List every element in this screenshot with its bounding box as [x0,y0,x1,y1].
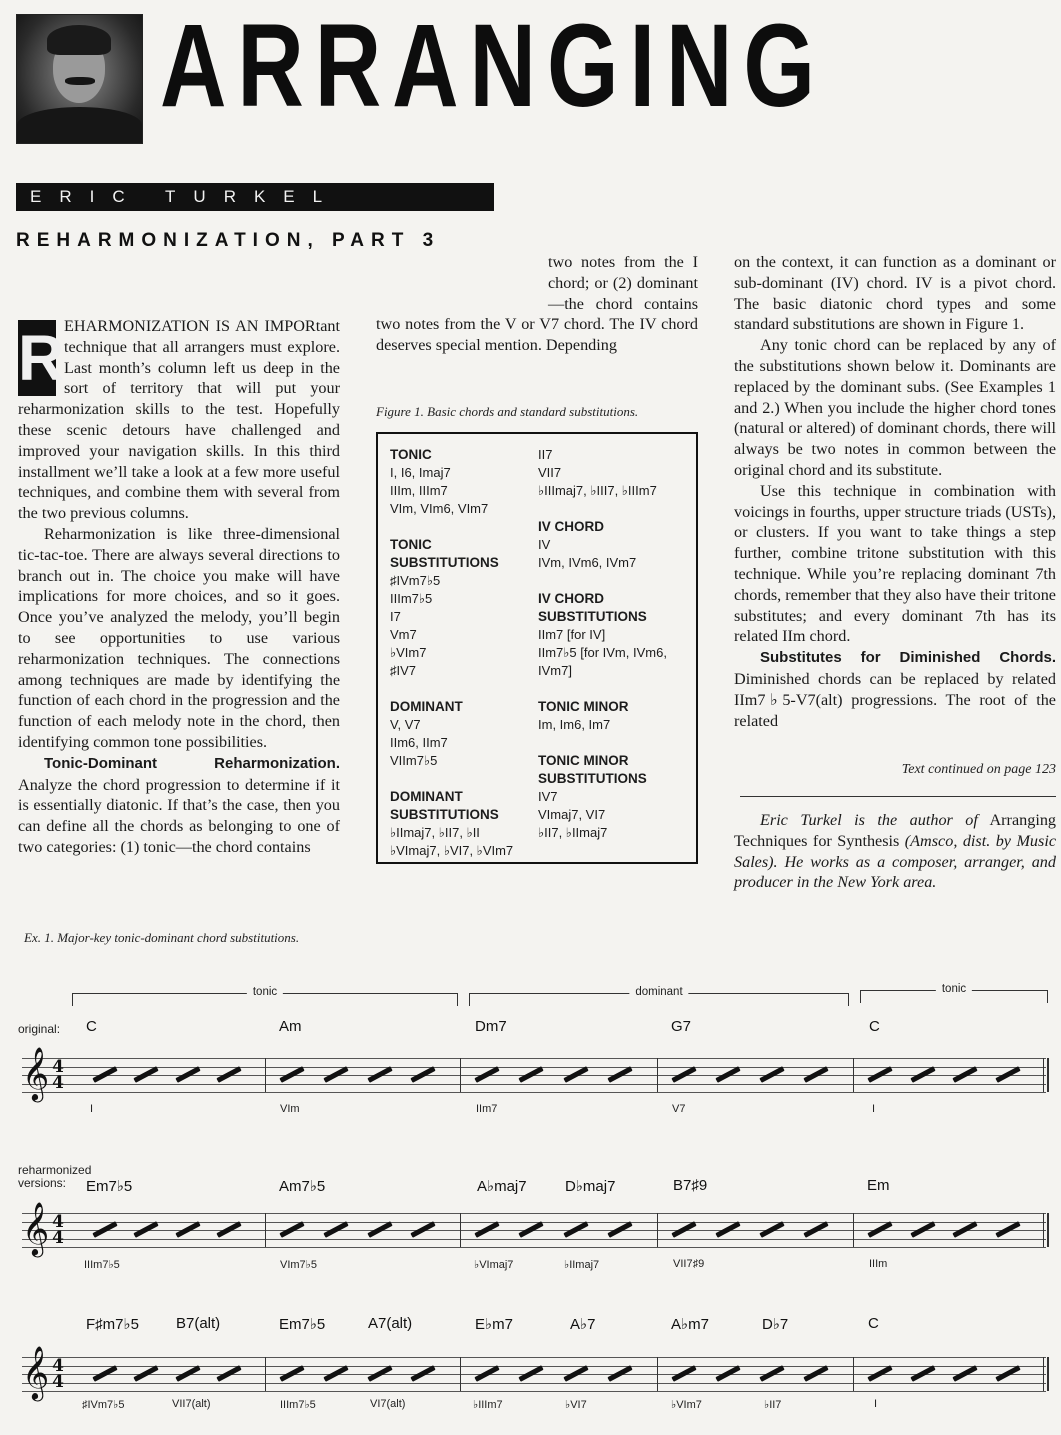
time-signature: 44 [51,1059,65,1091]
treble-clef-icon: 𝄞 [22,1050,49,1096]
roman-numeral: ♯IVm7♭5 [82,1398,124,1411]
staff-line [22,1239,1046,1240]
column-3: on the context, it can function as a dom… [734,252,1056,731]
final-bar-line [1047,1213,1049,1247]
time-signature: 44 [51,1358,65,1390]
figure-item: V, V7 [390,716,530,734]
bar-line [657,1213,658,1247]
figure-group-heading: TONIC MINOR [538,698,688,716]
author-bar: ERIC TURKEL [16,183,494,211]
author-bio: Eric Turkel is the author of Arranging T… [734,810,1056,893]
paragraph-3: Tonic-Dominant Reharmonization. Analyze … [18,753,340,858]
chord-symbol: B7♯9 [673,1177,707,1194]
staff-line [22,1084,1046,1085]
figure-item: ♭II7, ♭IImaj7 [538,824,688,842]
staff-line [22,1067,1046,1068]
staff-line [22,1092,1046,1093]
roman-numeral: I [872,1103,875,1115]
roman-numeral: ♭IImaj7 [564,1258,599,1271]
figure-item: ♭VImaj7, ♭VI7, ♭VIm7 [390,842,530,860]
bar-line [265,1357,266,1391]
figure-item: VII7 [538,464,688,482]
chord-symbol: E♭m7 [475,1315,513,1333]
bracket-label: dominant [629,986,688,998]
bar-line [460,1213,461,1247]
row-label: original: [18,1023,60,1036]
staff-line [22,1222,1046,1223]
bar-line [1043,1357,1044,1391]
function-bracket: tonic [860,990,1048,1003]
figure-group-heading: DOMINANT SUBSTITUTIONS [390,788,530,824]
roman-numeral: ♭VIm7 [671,1398,702,1411]
roman-numeral: VI7(alt) [370,1398,405,1410]
figure-group: TONICI, I6, Imaj7IIIm, IIIm7VIm, VIm6, V… [390,446,530,518]
col3-paragraph-3: Use this technique in combination with v… [734,481,1056,647]
figure-group-heading: TONIC MINOR SUBSTITUTIONS [538,752,688,788]
figure-item: IV7 [538,788,688,806]
figure-1-left-column: TONICI, I6, Imaj7IIIm, IIIm7VIm, VIm6, V… [390,446,530,878]
chord-symbol: A♭7 [570,1315,595,1333]
chord-symbol: C [86,1018,97,1035]
chord-symbol: A♭m7 [671,1315,709,1333]
figure-group-heading: IV CHORD SUBSTITUTIONS [538,590,688,626]
paragraph-2: Reharmonization is like three-dimensiona… [18,524,340,753]
figure-item: I, I6, Imaj7 [390,464,530,482]
figure-item: IIm7♭5 [for IVm, IVm6, IVm7] [538,644,688,680]
figure-item: VIIm7♭5 [390,752,530,770]
figure-item: IIIm7♭5 [390,590,530,608]
figure-group: DOMINANTV, V7IIm6, IIm7VIIm7♭5 [390,698,530,770]
figure-group: IV CHORD SUBSTITUTIONSIIm7 [for IV]IIm7♭… [538,590,688,680]
chord-symbol: D♭7 [762,1315,788,1333]
drop-cap: R [18,320,56,396]
final-bar-line [1047,1058,1049,1092]
roman-numeral: ♭IIIm7 [473,1398,503,1411]
paragraph-1: EHARMONIZATION IS AN IMPORtant technique… [18,317,340,522]
figure-item: IIIm, IIIm7 [390,482,530,500]
roman-numeral: ♭VImaj7 [474,1258,513,1271]
final-bar-line [1047,1357,1049,1391]
chord-symbol: C [868,1315,879,1332]
paragraph-3-heading: Tonic-Dominant Reharmonization. [44,755,340,772]
chord-symbol: C [869,1018,880,1035]
roman-numeral: ♭VI7 [565,1398,587,1411]
bar-line [265,1213,266,1247]
roman-numeral: IIIm [869,1258,887,1270]
function-bracket: dominant [469,993,849,1006]
chord-symbol: Em7♭5 [279,1315,325,1333]
col3-paragraph-4: Substitutes for Diminished Chords. Dimin… [734,647,1056,731]
figure-item: ♭IImaj7, ♭II7, ♭II [390,824,530,842]
author-photo [16,14,143,144]
chord-symbol: A7(alt) [368,1315,412,1332]
bar-line [657,1357,658,1391]
figure-item: II7 [538,446,688,464]
row-label: versions: [18,1177,66,1190]
example-1-caption: Ex. 1. Major-key tonic-dominant chord su… [24,930,299,946]
treble-clef-icon: 𝄞 [22,1349,49,1395]
bar-line [265,1058,266,1092]
chord-symbol: A♭maj7 [477,1177,527,1195]
figure-item: Vm7 [390,626,530,644]
figure-item: VImaj7, VI7 [538,806,688,824]
staff-line [22,1247,1046,1248]
figure-item: IV [538,536,688,554]
figure-group-heading: TONIC [390,446,530,464]
col3-paragraph-1: on the context, it can function as a dom… [734,252,1056,335]
roman-numeral: V7 [672,1103,685,1115]
bar-line [853,1213,854,1247]
paragraph-3-body: Analyze the chord progression to determi… [18,776,340,856]
figure-item: VIm, VIm6, VIm7 [390,500,530,518]
section-title: ARRANGING [160,6,826,126]
bracket-label: tonic [247,986,283,998]
column-1: REHARMONIZATION IS AN IMPORtant techniqu… [18,316,340,858]
roman-numeral: IIIm7♭5 [84,1258,120,1271]
chord-symbol: Am [279,1018,302,1035]
staff-line [22,1357,1046,1358]
bar-line [1043,1058,1044,1092]
roman-numeral: I [90,1103,93,1115]
chord-symbol: G7 [671,1018,691,1035]
roman-numeral: VIm [280,1103,300,1115]
staff-line [22,1366,1046,1367]
chord-symbol: D♭maj7 [565,1177,615,1195]
staff-line [22,1383,1046,1384]
treble-clef-icon: 𝄞 [22,1205,49,1251]
bar-line [657,1058,658,1092]
roman-numeral: I [874,1398,877,1410]
figure-1-caption: Figure 1. Basic chords and standard subs… [376,404,638,420]
roman-numeral: VII7(alt) [172,1398,211,1410]
figure-item: I7 [390,608,530,626]
figure-group: II7VII7♭IIImaj7, ♭III7, ♭IIIm7 [538,446,688,500]
chord-symbol: F♯m7♭5 [86,1315,139,1333]
time-signature: 44 [51,1214,65,1246]
figure-group: IV CHORDIVIVm, IVm6, IVm7 [538,518,688,572]
figure-group-heading: DOMINANT [390,698,530,716]
roman-numeral: IIm7 [476,1103,497,1115]
col3-paragraph-4-body: Diminished chords can be replaced by rel… [734,670,1056,730]
figure-1-table: TONICI, I6, Imaj7IIIm, IIIm7VIm, VIm6, V… [376,432,698,864]
staff-line [22,1213,1046,1214]
figure-item: IIm6, IIm7 [390,734,530,752]
figure-1-right-column: II7VII7♭IIImaj7, ♭III7, ♭IIIm7IV CHORDIV… [538,446,688,860]
figure-item: Im, Im6, Im7 [538,716,688,734]
article-subtitle: REHARMONIZATION, PART 3 [16,230,440,252]
figure-item: ♭IIImaj7, ♭III7, ♭IIIm7 [538,482,688,500]
chord-symbol: Em [867,1177,890,1194]
figure-item: IIm7 [for IV] [538,626,688,644]
figure-group: TONIC MINOR SUBSTITUTIONSIV7VImaj7, VI7♭… [538,752,688,842]
col3-paragraph-4-heading: Substitutes for Diminished Chords. [760,649,1056,666]
bar-line [853,1058,854,1092]
chord-symbol: Em7♭5 [86,1177,132,1195]
figure-group: TONIC SUBSTITUTIONS♯IVm7♭5IIIm7♭5I7Vm7♭V… [390,536,530,680]
figure-item: ♯IV7 [390,662,530,680]
staff-line [22,1058,1046,1059]
roman-numeral: ♭II7 [764,1398,781,1411]
figure-group: DOMINANT SUBSTITUTIONS♭IImaj7, ♭II7, ♭II… [390,788,530,860]
bar-line [460,1357,461,1391]
figure-group-heading: IV CHORD [538,518,688,536]
continued-note: Text continued on page 123 [734,762,1056,778]
function-bracket: tonic [72,993,458,1006]
col3-paragraph-2: Any tonic chord can be replaced by any o… [734,335,1056,481]
chord-symbol: Am7♭5 [279,1177,325,1195]
figure-item: IVm, IVm6, IVm7 [538,554,688,572]
bar-line [1043,1213,1044,1247]
roman-numeral: VII7♯9 [673,1258,704,1270]
column-2: two notes from the I chord; or (2) domin… [376,252,698,356]
figure-group-heading: TONIC SUBSTITUTIONS [390,536,530,572]
bracket-label: tonic [936,983,972,995]
figure-group: TONIC MINORIm, Im6, Im7 [538,698,688,734]
roman-numeral: IIIm7♭5 [280,1398,316,1411]
staff-line [22,1391,1046,1392]
divider [740,796,1056,797]
figure-item: ♭VIm7 [390,644,530,662]
chord-symbol: Dm7 [475,1018,507,1035]
chord-symbol: B7(alt) [176,1315,220,1332]
figure-item: ♯IVm7♭5 [390,572,530,590]
bar-line [460,1058,461,1092]
roman-numeral: VIm7♭5 [280,1258,317,1271]
bar-line [853,1357,854,1391]
